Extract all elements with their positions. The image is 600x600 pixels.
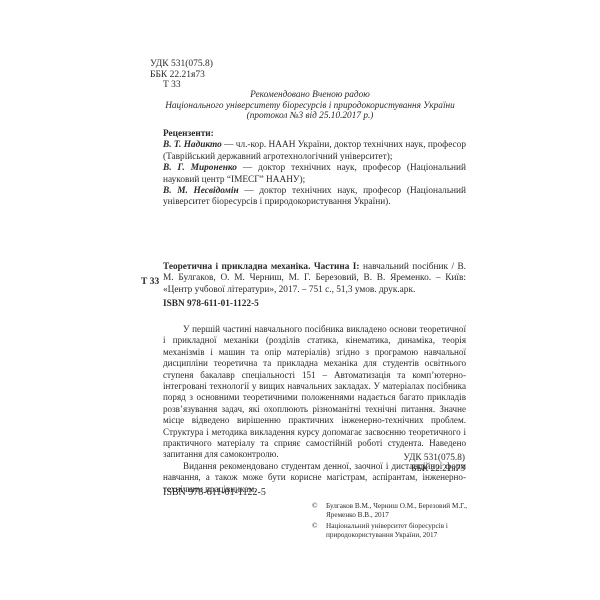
copyright-icon: © bbox=[312, 522, 326, 541]
copyright-line: © Національний університет біоресурсів і… bbox=[312, 522, 472, 541]
reviewer-name: В. М. Несвідомін bbox=[163, 186, 239, 196]
reviewer-item: В. М. Несвідомін — доктор технічних наук… bbox=[163, 186, 466, 209]
book-title: Теоретична і прикладна механіка. Частина… bbox=[163, 262, 360, 272]
bbk-code: ББК 22.21я73 bbox=[150, 70, 213, 81]
isbn-record: ISBN 978-611-01-1122-5 bbox=[163, 299, 259, 309]
udk-code: УДК 531(075.8) bbox=[150, 59, 213, 70]
copyright-text: Булгаков В.М., Черниш О.М., Березовий М.… bbox=[326, 502, 472, 521]
reviewers-block: Рецензенти: В. Т. Надикто — чл.-кор. НАА… bbox=[163, 129, 466, 209]
recommendation-line: Національного університету біоресурсів і… bbox=[140, 101, 480, 112]
recommendation-note: Рекомендовано Вченою радою Національного… bbox=[140, 90, 480, 122]
classification-bottom: УДК 531(075.8) ББК 22.21я73 bbox=[300, 453, 465, 475]
bibliographic-record: Теоретична і прикладна механіка. Частина… bbox=[163, 262, 466, 296]
reviewer-name: В. Т. Надикто bbox=[163, 140, 222, 150]
classification-top: УДК 531(075.8) ББК 22.21я73 Т 33 bbox=[150, 59, 213, 91]
copyright-block: © Булгаков В.М., Черниш О.М., Березовий … bbox=[312, 502, 472, 542]
reviewer-item: В. Т. Надикто — чл.-кор. НААН України, д… bbox=[163, 140, 466, 163]
copyright-text: Національний університет біоресурсів і п… bbox=[326, 522, 472, 541]
isbn-bottom: ISBN 978-611-01-1122-5 bbox=[163, 487, 266, 498]
recommendation-line: (протокол №3 від 25.10.2017 р.) bbox=[140, 111, 480, 122]
copyright-line: © Булгаков В.М., Черниш О.М., Березовий … bbox=[312, 502, 472, 521]
reviewer-name: В. Г. Мироненко bbox=[163, 163, 237, 173]
copyright-icon: © bbox=[312, 502, 326, 521]
abstract-paragraph: У першій частині навчального посібника в… bbox=[163, 324, 466, 461]
bibliography-side-code: Т 33 bbox=[141, 277, 159, 287]
reviewers-heading: Рецензенти: bbox=[163, 129, 466, 140]
reviewer-item: В. Г. Мироненко — доктор технічних наук,… bbox=[163, 163, 466, 186]
recommendation-line: Рекомендовано Вченою радою bbox=[140, 90, 480, 101]
udk-code-bottom: УДК 531(075.8) bbox=[300, 453, 465, 464]
bbk-code-bottom: ББК 22.21я73 bbox=[300, 464, 465, 475]
